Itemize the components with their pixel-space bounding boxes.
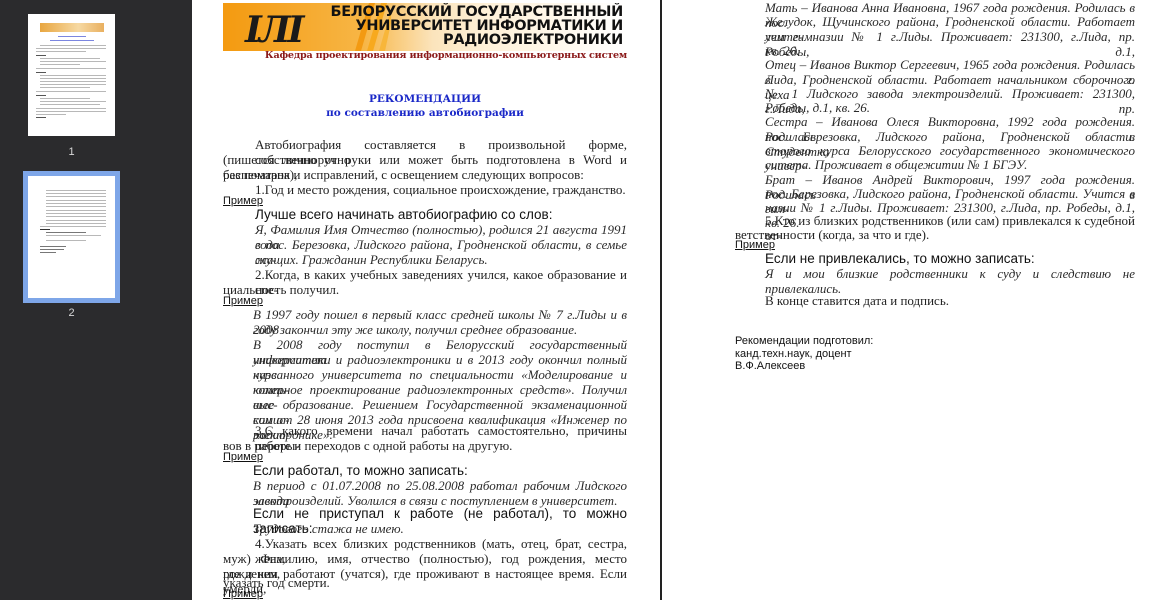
thumb-banner — [40, 23, 104, 32]
page-thumbnail-2[interactable] — [28, 176, 115, 298]
example-intro: Лучше всего начинать автобиографию со сл… — [255, 207, 627, 222]
university-name-line: БЕЛОРУССКИЙ ГОСУДАРСТВЕННЫЙ — [330, 5, 623, 19]
document-title: РЕКОМЕНДАЦИИ — [223, 93, 627, 105]
question-3: вов в работе и переходов с одной работы … — [223, 438, 627, 453]
example-intro: Если работал, то можно записать: — [253, 463, 627, 478]
page-thumbnail-2-selected[interactable] — [23, 171, 120, 303]
example-link[interactable]: Пример — [223, 451, 263, 463]
relative-line: ситета. Проживает в общежитии № 1 БГЭУ. — [765, 157, 1135, 172]
thumbnail-sidebar: 1 2 — [0, 0, 192, 600]
example-intro: Если не привлекались, то можно записать: — [765, 251, 1135, 266]
document-subtitle: по составлению автобиографии — [223, 107, 627, 119]
example-text: Я и мои близкие родственники к суду и сл… — [765, 266, 1135, 296]
page-thumbnail-1[interactable] — [28, 14, 115, 136]
example-text: году закончил эту же школу, получил сред… — [253, 322, 627, 337]
university-name-line: УНИВЕРСИТЕТ ИНФОРМАТИКИ И — [330, 19, 623, 33]
signature-line: Рекомендации подготовил: — [735, 335, 873, 348]
example-link[interactable]: Пример — [223, 195, 263, 207]
page-number-label: 1 — [0, 146, 143, 158]
question-5: ветственности (когда, за что и где). — [735, 227, 1135, 242]
relative-line: кв. 26. — [765, 43, 1135, 58]
question-4: указать год смерти. — [223, 575, 627, 590]
university-name: БЕЛОРУССКИЙ ГОСУДАРСТВЕННЫЙ УНИВЕРСИТЕТ … — [330, 5, 623, 47]
question-1: 1.Год и место рождения, социальное проис… — [255, 182, 627, 197]
example-link[interactable]: Пример — [223, 588, 263, 600]
relative-line: Робеды, д.1, кв. 26. — [765, 100, 1135, 115]
page-number-label: 2 — [0, 307, 143, 319]
signature-line: канд.техн.наук, доцент — [735, 348, 873, 361]
signature-block: Рекомендации подготовил: канд.техн.наук,… — [735, 335, 873, 373]
university-banner: ІЛІ БЕЛОРУССКИЙ ГОСУДАРСТВЕННЫЙ УНИВЕРСИ… — [223, 3, 627, 51]
university-logo: ІЛІ — [245, 9, 302, 51]
closing-note: В конце ставится дата и подпись. — [765, 293, 1135, 308]
intro-line: без помарок и исправлений, с освещением … — [223, 167, 627, 182]
department-name: Кафедра проектирования информационно-ком… — [231, 50, 627, 61]
example-link[interactable]: Пример — [735, 239, 775, 251]
university-name-line: РАДИОЭЛЕКТРОНИКИ — [330, 33, 623, 47]
example-text: Трудового стажа не имею. — [253, 521, 627, 536]
signature-line: В.Ф.Алексеев — [735, 360, 873, 373]
example-link[interactable]: Пример — [223, 295, 263, 307]
question-2: циальность получил. — [223, 282, 627, 297]
example-text: жащих. Гражданин Республики Беларусь. — [255, 252, 627, 267]
page-divider — [660, 0, 662, 600]
